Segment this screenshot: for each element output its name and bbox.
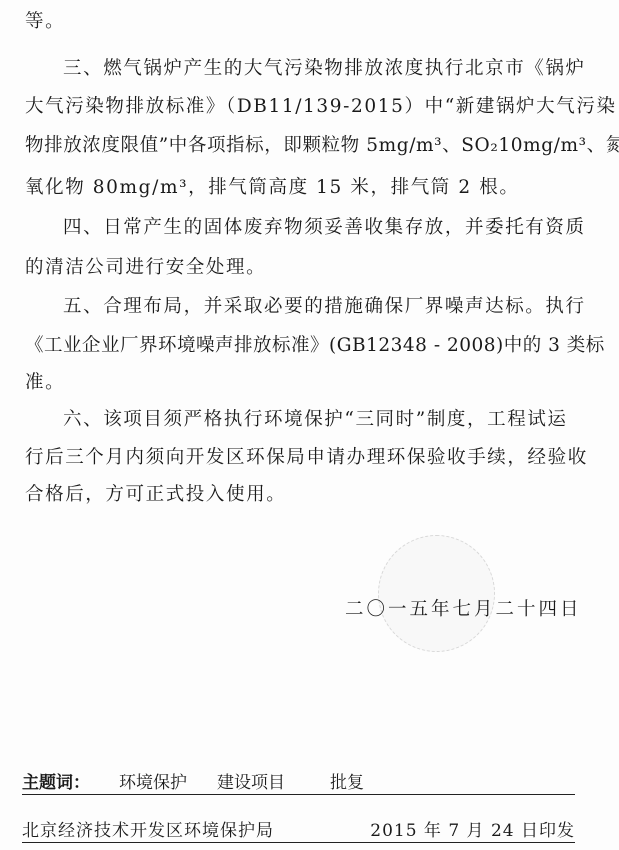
keywords-row: 主题词： 环境保护 建设项目 批复 xyxy=(22,766,575,795)
keywords-label: 主题词： xyxy=(22,768,90,793)
paragraph-line: 等。 xyxy=(25,10,65,34)
paragraph-line: 行后三个月内须向开发区环保局申请办理环保验收手续，经验收 xyxy=(25,446,588,470)
paragraph-line: 的清洁公司进行安全处理。 xyxy=(25,256,266,280)
paragraph-line: 大气污染物排放标准》（DB11/139-2015）中“新建锅炉大气污染 xyxy=(25,95,617,119)
keyword: 环境保护 xyxy=(119,768,187,793)
paragraph-line: 准。 xyxy=(25,371,65,395)
paragraph-line: 四、日常产生的固体废弃物须妥善收集存放，并委托有资质 xyxy=(63,216,586,240)
paragraph-line: 三、燃气锅炉产生的大气污染物排放浓度执行北京市《锅炉 xyxy=(63,57,586,81)
keyword: 建设项目 xyxy=(217,768,285,793)
keyword: 批复 xyxy=(330,768,364,793)
issuer-name: 北京经济技术开发区环境保护局 xyxy=(22,816,274,841)
official-seal xyxy=(378,535,495,652)
issuer-row: 北京经济技术开发区环境保护局 2015 年 7 月 24 日印发 xyxy=(22,814,575,843)
signature-date: 二〇一五年七月二十四日 xyxy=(345,595,582,621)
printed-date: 2015 年 7 月 24 日印发 xyxy=(370,816,575,841)
paragraph-line: 物排放浓度限值”中各项指标，即颗粒物 5mg/m³、SO₂10mg/m³、氮 xyxy=(25,134,619,158)
paragraph-line: 合格后，方可正式投入使用。 xyxy=(25,483,286,507)
paragraph-line: 五、合理布局，并采取必要的措施确保厂界噪声达标。执行 xyxy=(63,295,586,319)
paragraph-line: 《工业企业厂界环境噪声排放标准》(GB12348 - 2008)中的 3 类标 xyxy=(25,334,605,358)
paragraph-line: 六、该项目须严格执行环境保护“三同时”制度，工程试运 xyxy=(63,408,568,432)
paragraph-line: 氧化物 80mg/m³，排气筒高度 15 米，排气筒 2 根。 xyxy=(25,176,519,200)
